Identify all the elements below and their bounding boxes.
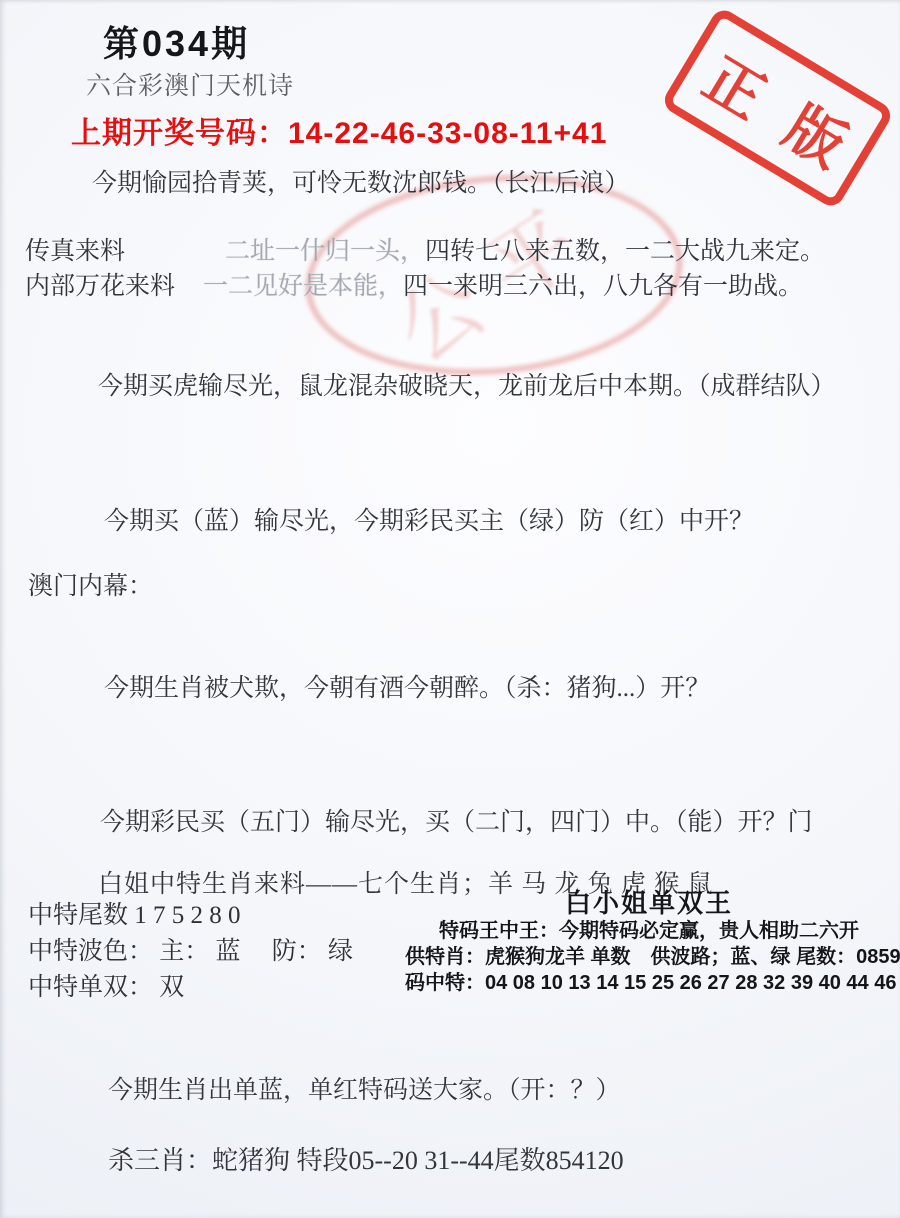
- poem-tiger: 今期买虎输尽光，鼠龙混杂破晓天，龙前龙后中本期。（成群结队）: [98, 366, 836, 402]
- zodiac-wave-tail-line: 供特肖：虎猴狗龙羊 单数 供波路；蓝、绿 尾数：0859: [405, 944, 893, 970]
- scanned-lottery-sheet: 公平 正 版 第034期 六合彩澳门天机诗 上期开奖号码：14-22-46-33…: [0, 0, 900, 1218]
- odd-even-line: 中特单双： 双: [28, 970, 353, 1006]
- poem-color: 今期买（蓝）输尽光，今期彩民买主（绿）防（红）中开？: [104, 501, 754, 537]
- tail-numbers-line: 中特尾数 1 7 5 2 8 0: [28, 898, 353, 934]
- authenticity-stamp: 正 版: [660, 5, 895, 210]
- macau-insider-label: 澳门内幕：: [28, 566, 153, 602]
- single-blue-line: 今期生肖出单蓝，单红特码送大家。（开：？）: [108, 1070, 621, 1106]
- poem-neibu-line: 内部万花来料一二见好是本能，四一来明三六出，八九各有一助战。: [25, 266, 803, 302]
- baixiaojie-title: 白小姐单双王: [405, 888, 893, 918]
- special-king-line: 特码王中王：今期特码必定赢，贵人相助二六开: [405, 918, 893, 944]
- number-picks-line: 码中特：04 08 10 13 14 15 25 26 27 28 32 39 …: [405, 970, 893, 996]
- issue-number: 第034期: [103, 16, 250, 67]
- poem-doors: 今期彩民买（五门）输尽光，买（二门，四门）中。（能）开？门: [100, 802, 813, 838]
- kill-three-zodiac-line: 杀三肖：蛇猪狗 特段05--20 31--44尾数854120: [108, 1140, 624, 1177]
- page-subtitle: 六合彩澳门天机诗: [86, 66, 294, 102]
- poem-fax-line: 传真来料二址一什归一头，四转七八来五数，一二大战九来定。: [25, 231, 825, 267]
- neibu-faint-text: 一二见好是本能，: [203, 273, 403, 300]
- fax-label: 传真来料: [25, 238, 125, 265]
- poem-tianji: 今期愉园拾青荚，可怜无数沈郎钱。（长江后浪）: [92, 163, 630, 199]
- stamp-label: 正 版: [682, 28, 873, 189]
- baixiaojie-block: 白小姐单双王 特码王中王：今期特码必定赢，贵人相助二六开 供特肖：虎猴狗龙羊 单…: [405, 888, 893, 996]
- fax-faint-text: 二址一什归一头，: [225, 238, 425, 265]
- last-draw-numbers: 上期开奖号码：14-22-46-33-08-11+41: [71, 108, 607, 152]
- fax-rest-text: 四转七八来五数，一二大战九来定。: [425, 238, 825, 265]
- neibu-rest-text: 四一来明三六出，八九各有一助战。: [403, 273, 803, 300]
- poem-zodiac: 今期生肖被犬欺，今朝有酒今朝醉。（杀：猪狗...）开？: [104, 668, 710, 704]
- neibu-label: 内部万花来料: [25, 273, 175, 300]
- special-stats-block: 中特尾数 1 7 5 2 8 0 中特波色： 主： 蓝 防： 绿 中特单双： 双: [28, 898, 353, 1006]
- wave-color-line: 中特波色： 主： 蓝 防： 绿: [28, 934, 353, 970]
